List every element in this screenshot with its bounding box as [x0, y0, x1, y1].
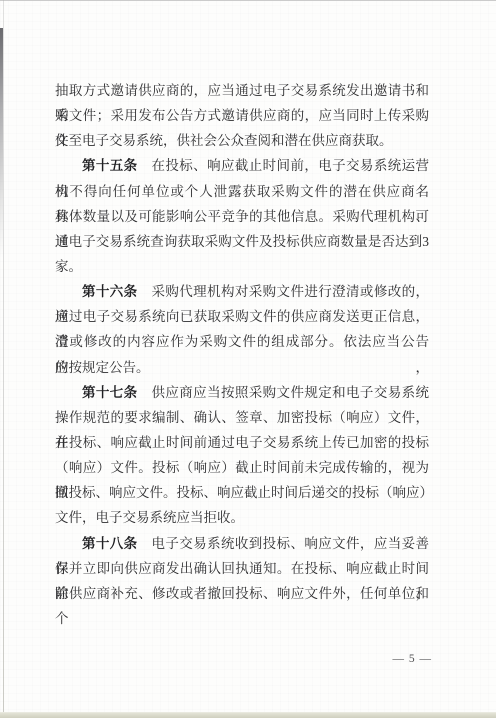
document-line: 在投标、响应截止时间前通过电子交易系统上传已加密的投标	[55, 430, 429, 455]
article-number: 第十七条	[82, 385, 138, 400]
article-number: 第十六条	[82, 284, 138, 299]
document-line: 构不得向任何单位或个人泄露获取采购文件的潜在供应商名称、	[55, 179, 429, 204]
scan-bottom-edge	[0, 712, 496, 718]
document-text-block: 抽取方式邀请供应商的，应当通过电子交易系统发出邀请书和采购文件；采用发布公告方式…	[55, 78, 429, 606]
document-line: （响应）文件。投标（响应）截止时间前未完成传输的，视为撤	[55, 455, 429, 480]
document-line: 抽取方式邀请供应商的，应当通过电子交易系统发出邀请书和采	[55, 78, 429, 103]
document-line: 回投标、响应文件。投标、响应截止时间后递交的投标（响应）	[55, 480, 429, 505]
document-line: 文件，电子交易系统应当拒收。	[55, 505, 429, 530]
article-heading-line: 第十八条 电子交易系统收到投标、响应文件，应当妥善保	[55, 531, 429, 556]
article-heading-line: 第十六条 采购代理机构对采购文件进行澄清或修改的，应	[55, 279, 429, 304]
page-number: — 5 —	[0, 653, 432, 665]
article-number: 第十八条	[82, 536, 138, 551]
scan-left-edge-line	[3, 0, 4, 718]
document-line: 操作规范的要求编制、确认、签章、加密投标（响应）文件，并	[55, 405, 429, 430]
document-line: 家。	[55, 254, 429, 279]
document-page: 抽取方式邀请供应商的，应当通过电子交易系统发出邀请书和采购文件；采用发布公告方式…	[0, 0, 496, 718]
document-line: 存并立即向供应商发出确认回执通知。在投标、响应截止时间前，	[55, 556, 429, 581]
document-line: 购文件；采用发布公告方式邀请供应商的，应当同时上传采购文	[55, 103, 429, 128]
document-line: 具体数量以及可能影响公平竞争的其他信息。采购代理机构可通	[55, 204, 429, 229]
document-line: 通过电子交易系统向已获取采购文件的供应商发送更正信息，澄	[55, 304, 429, 329]
article-number: 第十五条	[82, 158, 138, 173]
document-line: 件至电子交易系统，供社会公众查阅和潜在供应商获取。	[55, 128, 429, 153]
article-heading-line: 第十五条 在投标、响应截止时间前，电子交易系统运营机	[55, 153, 429, 178]
scan-top-edge	[0, 0, 496, 1]
article-heading-line: 第十七条 供应商应当按照采购文件规定和电子交易系统	[55, 380, 429, 405]
scan-left-edge-artifact	[0, 28, 3, 258]
document-line: 除供应商补充、修改或者撤回投标、响应文件外，任何单位和个	[55, 581, 429, 606]
document-line: 过电子交易系统查询获取采购文件及投标供应商数量是否达到3	[55, 229, 429, 254]
document-line: 清或修改的内容应作为采购文件的组成部分。依法应当公告的，	[55, 329, 429, 354]
